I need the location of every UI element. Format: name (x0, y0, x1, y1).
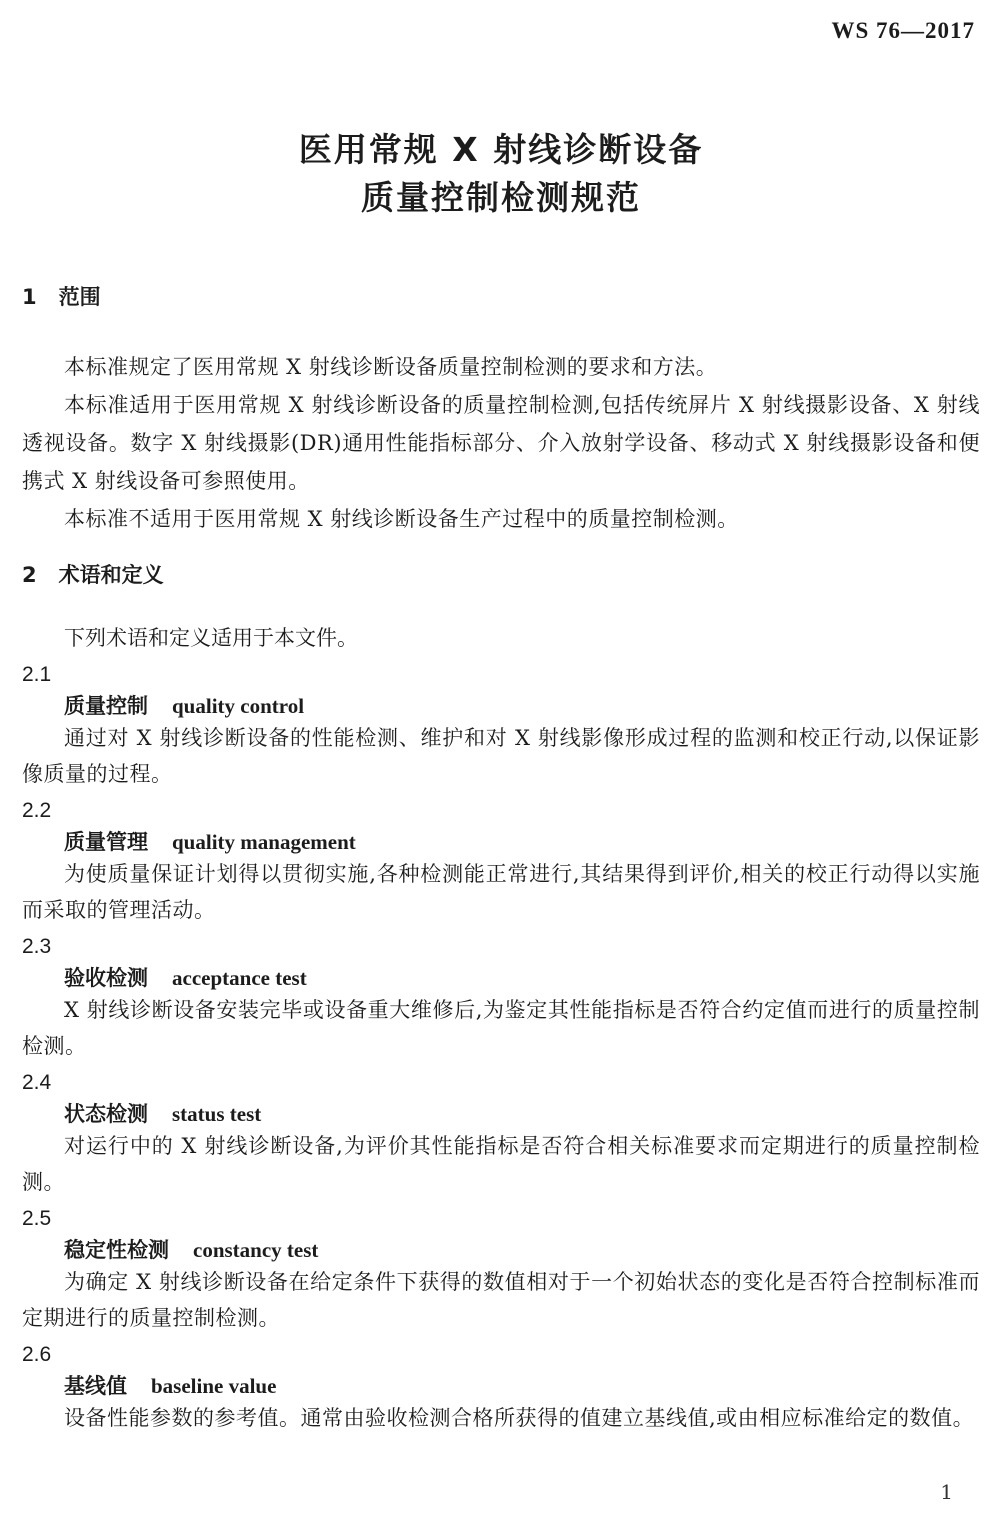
term-name-zh: 质量控制 (64, 694, 148, 718)
term-block-2-1: 2.1 质量控制quality control 通过对 X 射线诊断设备的性能检… (22, 662, 980, 792)
term-block-2-4: 2.4 状态检测status test 对运行中的 X 射线诊断设备,为评价其性… (22, 1070, 980, 1200)
paragraph: 本标准规定了医用常规 X 射线诊断设备质量控制检测的要求和方法。 (22, 348, 980, 386)
term-name-zh: 验收检测 (64, 966, 148, 990)
section-2-intro: 下列术语和定义适用于本文件。 (22, 620, 980, 656)
term-number: 2.6 (22, 1342, 980, 1368)
term-heading: 基线值baseline value (64, 1372, 980, 1400)
document-page: WS 76—2017 医用常规 X 射线诊断设备 质量控制检测规范 1范围 本标… (0, 0, 1002, 1530)
standard-code: WS 76—2017 (831, 18, 975, 44)
term-definition: 通过对 X 射线诊断设备的性能检测、维护和对 X 射线影像形成过程的监测和校正行… (22, 720, 980, 792)
term-definition: 对运行中的 X 射线诊断设备,为评价其性能指标是否符合相关标准要求而定期进行的质… (22, 1128, 980, 1200)
term-heading: 质量控制quality control (64, 692, 980, 720)
term-heading: 稳定性检测constancy test (64, 1236, 980, 1264)
term-name-en: quality control (172, 694, 304, 718)
term-number: 2.1 (22, 662, 980, 688)
term-definition: 为确定 X 射线诊断设备在给定条件下获得的数值相对于一个初始状态的变化是否符合控… (22, 1264, 980, 1336)
section-1-number: 1 (22, 284, 37, 310)
section-2-heading: 2术语和定义 (22, 562, 980, 588)
term-name-en: constancy test (193, 1238, 318, 1262)
paragraph: 本标准不适用于医用常规 X 射线诊断设备生产过程中的质量控制检测。 (22, 500, 980, 538)
section-1-body: 本标准规定了医用常规 X 射线诊断设备质量控制检测的要求和方法。 本标准适用于医… (22, 348, 980, 538)
section-2-title: 术语和定义 (59, 563, 164, 587)
term-number: 2.5 (22, 1206, 980, 1232)
paragraph: 本标准适用于医用常规 X 射线诊断设备的质量控制检测,包括传统屏片 X 射线摄影… (22, 386, 980, 500)
term-heading: 状态检测status test (64, 1100, 980, 1128)
term-definition: X 射线诊断设备安装完毕或设备重大维修后,为鉴定其性能指标是否符合约定值而进行的… (22, 992, 980, 1064)
term-name-zh: 状态检测 (64, 1102, 148, 1126)
section-2-number: 2 (22, 562, 37, 588)
term-name-zh: 基线值 (64, 1374, 127, 1398)
section-1-heading: 1范围 (22, 284, 980, 310)
term-name-en: status test (172, 1102, 261, 1126)
term-name-en: baseline value (151, 1374, 276, 1398)
term-block-2-6: 2.6 基线值baseline value 设备性能参数的参考值。通常由验收检测… (22, 1342, 980, 1436)
term-number: 2.2 (22, 798, 980, 824)
document-title-line-1: 医用常规 X 射线诊断设备 (22, 126, 980, 174)
document-title-line-2: 质量控制检测规范 (22, 174, 980, 222)
term-number: 2.3 (22, 934, 980, 960)
term-name-zh: 稳定性检测 (64, 1238, 169, 1262)
document-content: 医用常规 X 射线诊断设备 质量控制检测规范 1范围 本标准规定了医用常规 X … (22, 126, 980, 1436)
term-name-en: acceptance test (172, 966, 307, 990)
term-definition: 为使质量保证计划得以贯彻实施,各种检测能正常进行,其结果得到评价,相关的校正行动… (22, 856, 980, 928)
term-block-2-5: 2.5 稳定性检测constancy test 为确定 X 射线诊断设备在给定条… (22, 1206, 980, 1336)
term-block-2-3: 2.3 验收检测acceptance test X 射线诊断设备安装完毕或设备重… (22, 934, 980, 1064)
term-name-zh: 质量管理 (64, 830, 148, 854)
term-heading: 质量管理quality management (64, 828, 980, 856)
page-number: 1 (940, 1480, 953, 1504)
section-1-title: 范围 (59, 285, 101, 309)
term-definition: 设备性能参数的参考值。通常由验收检测合格所获得的值建立基线值,或由相应标准给定的… (22, 1400, 980, 1436)
document-title: 医用常规 X 射线诊断设备 质量控制检测规范 (22, 126, 980, 222)
term-heading: 验收检测acceptance test (64, 964, 980, 992)
term-name-en: quality management (172, 830, 356, 854)
term-number: 2.4 (22, 1070, 980, 1096)
term-block-2-2: 2.2 质量管理quality management 为使质量保证计划得以贯彻实… (22, 798, 980, 928)
